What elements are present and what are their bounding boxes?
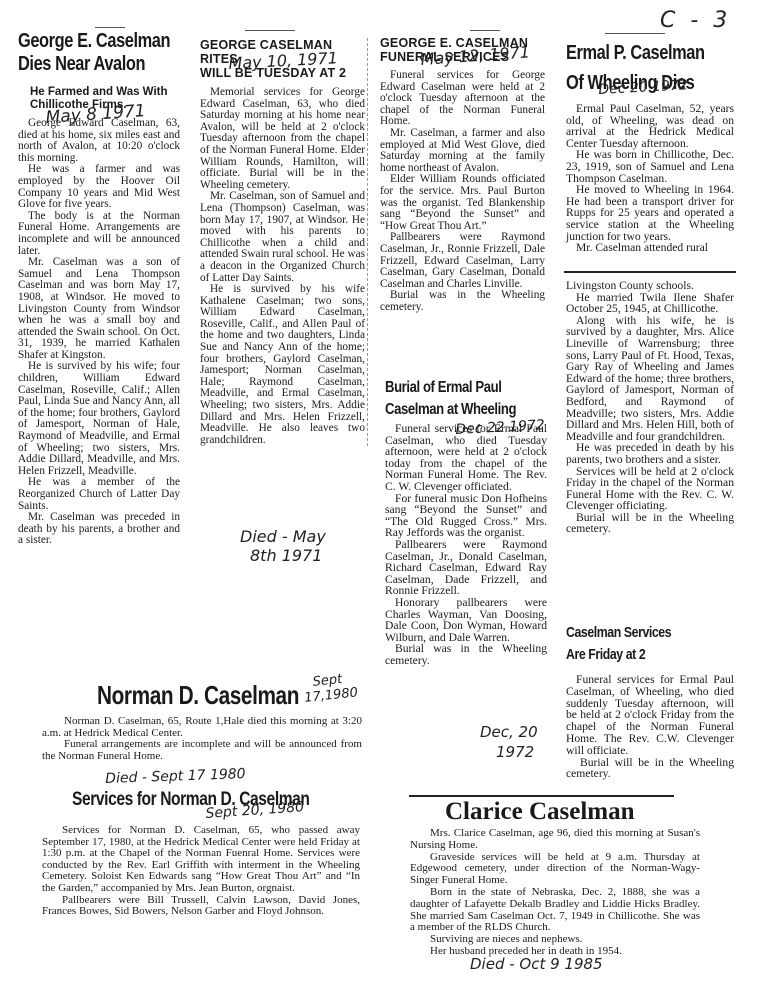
clipping-ermal-dies-continued: Livingston County schools. He married Tw… xyxy=(566,280,734,535)
handwritten-note: Died - Sept 17 1980 xyxy=(105,766,246,787)
handwritten-note: Died - May 8th 1971 xyxy=(210,527,326,565)
clipping-george-funeral: GEORGE E. CASELMAN FUNERAL SERVICES Fune… xyxy=(380,36,545,313)
article-body: Mrs. Clarice Caselman, age 96, died this… xyxy=(410,828,700,958)
divider xyxy=(409,795,674,797)
headline: George E. Caselman Dies Near Avalon xyxy=(18,30,182,76)
article-body: Funeral services for Ermal Paul Caselman… xyxy=(385,423,547,666)
article-body-top: Ermal Paul Caselman, 52, years old, of W… xyxy=(566,103,734,254)
headline: Burial of Ermal Paul Caselman at Wheelin… xyxy=(385,377,549,421)
clipping-george-rites: GEORGE CASELMAN RITES WILL BE TUESDAY AT… xyxy=(200,38,368,446)
clipping-ermal-services: Caselman Services Are Friday at 2 Funera… xyxy=(566,622,734,780)
headline: Caselman Services Are Friday at 2 xyxy=(566,622,730,666)
headline: Clarice Caselman xyxy=(410,798,700,826)
page-mark-handwritten: C - 3 xyxy=(660,8,731,33)
article-body: Norman D. Caselman, 65, Route 1,Hale die… xyxy=(42,716,362,762)
divider xyxy=(564,271,736,273)
divider xyxy=(245,30,295,31)
article-body: Funeral services for Ermal Paul Caselman… xyxy=(566,674,734,780)
article-body: George Edward Caselman, 63, died at his … xyxy=(18,118,180,547)
clipping-clarice: Clarice Caselman Mrs. Clarice Caselman, … xyxy=(410,798,700,958)
article-body: Memorial services for George Edward Case… xyxy=(200,87,365,446)
divider xyxy=(470,30,500,31)
article-body: Funeral services for George Edward Casel… xyxy=(380,70,545,313)
clipping-norman-services: Services for Norman D. Caselman Services… xyxy=(42,789,360,918)
handwritten-date: Sept 17,1980 xyxy=(302,670,359,705)
article-body: Services for Norman D. Caselman, 65, who… xyxy=(42,825,360,918)
clipping-ermal-dies: Ermal P. Caselman Of Wheeling Dies Ermal… xyxy=(566,38,734,254)
divider xyxy=(95,27,125,28)
divider xyxy=(605,33,665,34)
handwritten-note: Dec, 20 1972 xyxy=(480,722,538,762)
handwritten-note: Died - Oct 9 1985 xyxy=(470,955,603,973)
article-body-bottom: Livingston County schools. He married Tw… xyxy=(566,280,734,535)
